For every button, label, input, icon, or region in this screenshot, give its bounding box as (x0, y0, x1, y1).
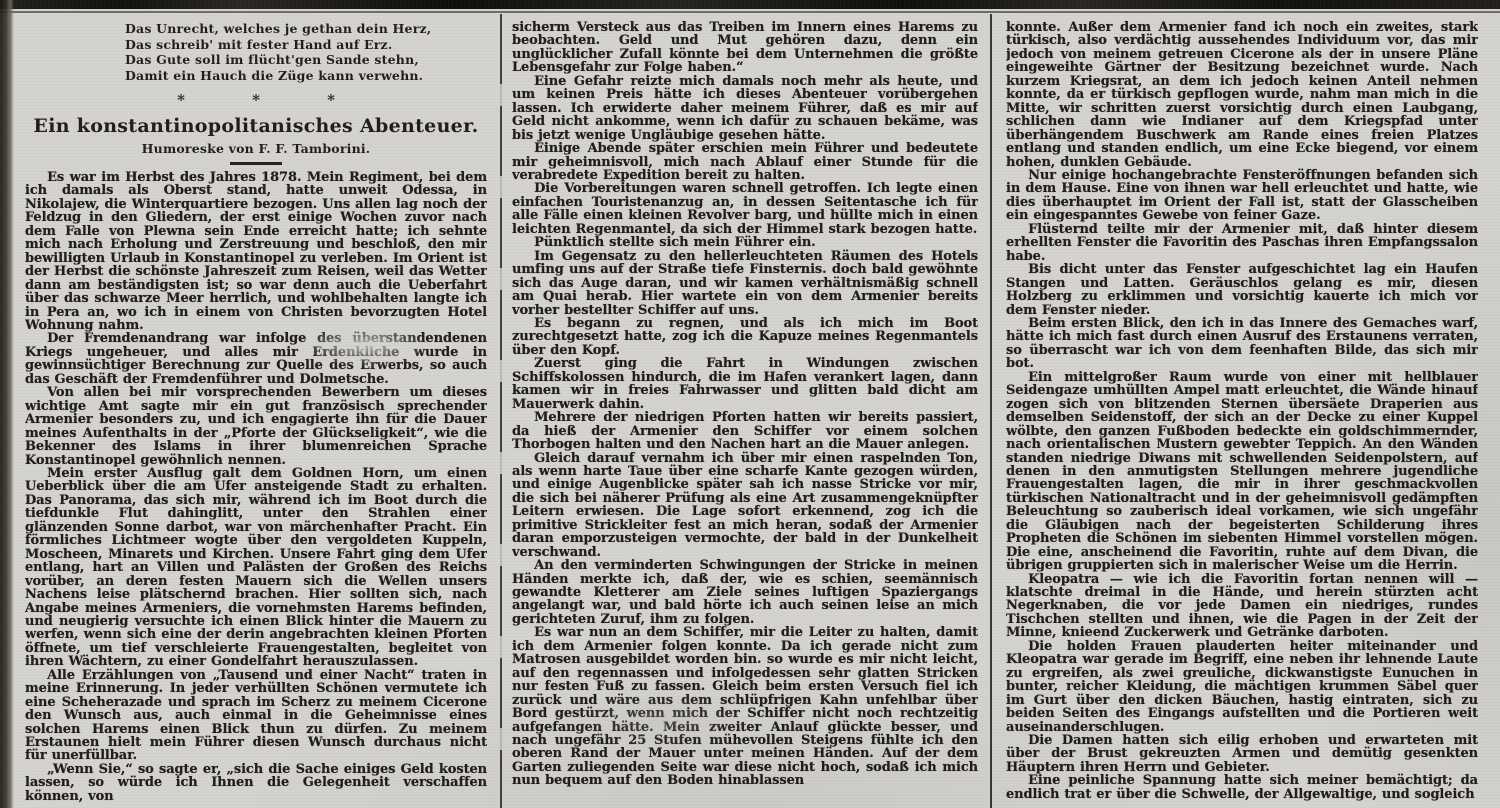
paragraph: Ein mittelgroßer Raum wurde von einer mi… (1006, 371, 1478, 573)
epigraph-line: Damit ein Hauch die Züge kann verwehn. (125, 68, 487, 84)
asterisk: * (219, 91, 294, 109)
paragraph: Kleopatra — wie ich die Favoritin fortan… (1006, 573, 1478, 640)
column-divider (990, 14, 992, 808)
top-edge-scan-bar (0, 0, 1500, 9)
paragraph: Gleich darauf vernahm ich über mir einen… (512, 452, 978, 560)
paragraph: An den verminderten Schwingungen der Str… (512, 559, 978, 626)
paragraph: Pünktlich stellte sich mein Führer ein. (512, 236, 978, 249)
column-2-body: sicherm Versteck aus das Treiben im Inne… (512, 21, 978, 788)
epigraph-line: Das Gute soll im flücht'gen Sande stehn, (125, 52, 487, 68)
paragraph: Eine Gefahr reizte mich damals noch mehr… (512, 75, 978, 142)
paragraph: Eine peinliche Spannung hatte sich meine… (1006, 774, 1478, 801)
paragraph: Die Vorbereitungen waren schnell getroff… (512, 182, 978, 236)
paragraph: Bis dicht unter das Fenster aufgeschicht… (1006, 263, 1478, 317)
article-title: Ein konstantinopolitanisches Abenteuer. (25, 115, 487, 137)
paragraph: Alle Erzählungen von „Tausend und einer … (25, 669, 487, 763)
paragraph: Die holden Frauen plauderten heiter mite… (1006, 640, 1478, 734)
left-edge-scan-band (0, 0, 14, 808)
asterisk: * (144, 91, 219, 109)
paragraph: Es war nun an dem Schiffer, mir die Leit… (512, 626, 978, 787)
paragraph: Im Gegensatz zu den hellerleuchteten Räu… (512, 250, 978, 317)
epigraph-line: Das schreib' mit fester Hand auf Erz. (125, 37, 487, 53)
column-2: sicherm Versteck aus das Treiben im Inne… (512, 14, 978, 808)
paragraph: Es begann zu regnen, und als ich mich im… (512, 317, 978, 357)
newspaper-page-scan: { "page": { "paper_color": "#d4d3ce", "i… (0, 0, 1500, 808)
paragraph: Der Fremdenandrang war infolge des übers… (25, 332, 487, 386)
asterisk: * (294, 91, 369, 109)
title-rule (230, 162, 282, 165)
paragraph: Es war im Herbst des Jahres 1878. Mein R… (25, 171, 487, 332)
paragraph: Flüsternd teilte mir der Armenier mit, d… (1006, 223, 1478, 263)
column-divider (500, 14, 502, 808)
column-1-body: Es war im Herbst des Jahres 1878. Mein R… (25, 171, 487, 803)
paragraph: Mein erster Ausflug galt dem Goldnen Hor… (25, 467, 487, 669)
paragraph: Mehrere der niedrigen Pforten hatten wir… (512, 411, 978, 451)
epigraph-line: Das Unrecht, welches je gethan dein Herz… (125, 21, 487, 37)
paragraph: Zuerst ging die Fahrt in Windungen zwisc… (512, 357, 978, 411)
paragraph: Nur einige hochangebrachte Fensteröffnun… (1006, 169, 1478, 223)
column-3: konnte. Außer dem Armenier fand ich noch… (1006, 14, 1478, 808)
article-byline: Humoreske von F. F. Tamborini. (25, 141, 487, 156)
column-3-body: konnte. Außer dem Armenier fand ich noch… (1006, 21, 1478, 801)
paragraph: Einige Abende später erschien mein Führe… (512, 142, 978, 182)
paragraph: „Wenn Sie,“ so sagte er, „sich die Sache… (25, 763, 487, 803)
paragraph: konnte. Außer dem Armenier fand ich noch… (1006, 21, 1478, 169)
paragraph: Beim ersten Blick, den ich in das Innere… (1006, 317, 1478, 371)
paragraph: Die Damen hatten sich eilig erhoben und … (1006, 734, 1478, 774)
paragraph: Von allen bei mir vorsprechenden Bewerbe… (25, 386, 487, 467)
paragraph: sicherm Versteck aus das Treiben im Inne… (512, 21, 978, 75)
asterisk-separator: *** (25, 91, 487, 109)
column-1: Das Unrecht, welches je gethan dein Herz… (25, 14, 487, 808)
epigraph-poem: Das Unrecht, welches je gethan dein Herz… (125, 21, 487, 83)
